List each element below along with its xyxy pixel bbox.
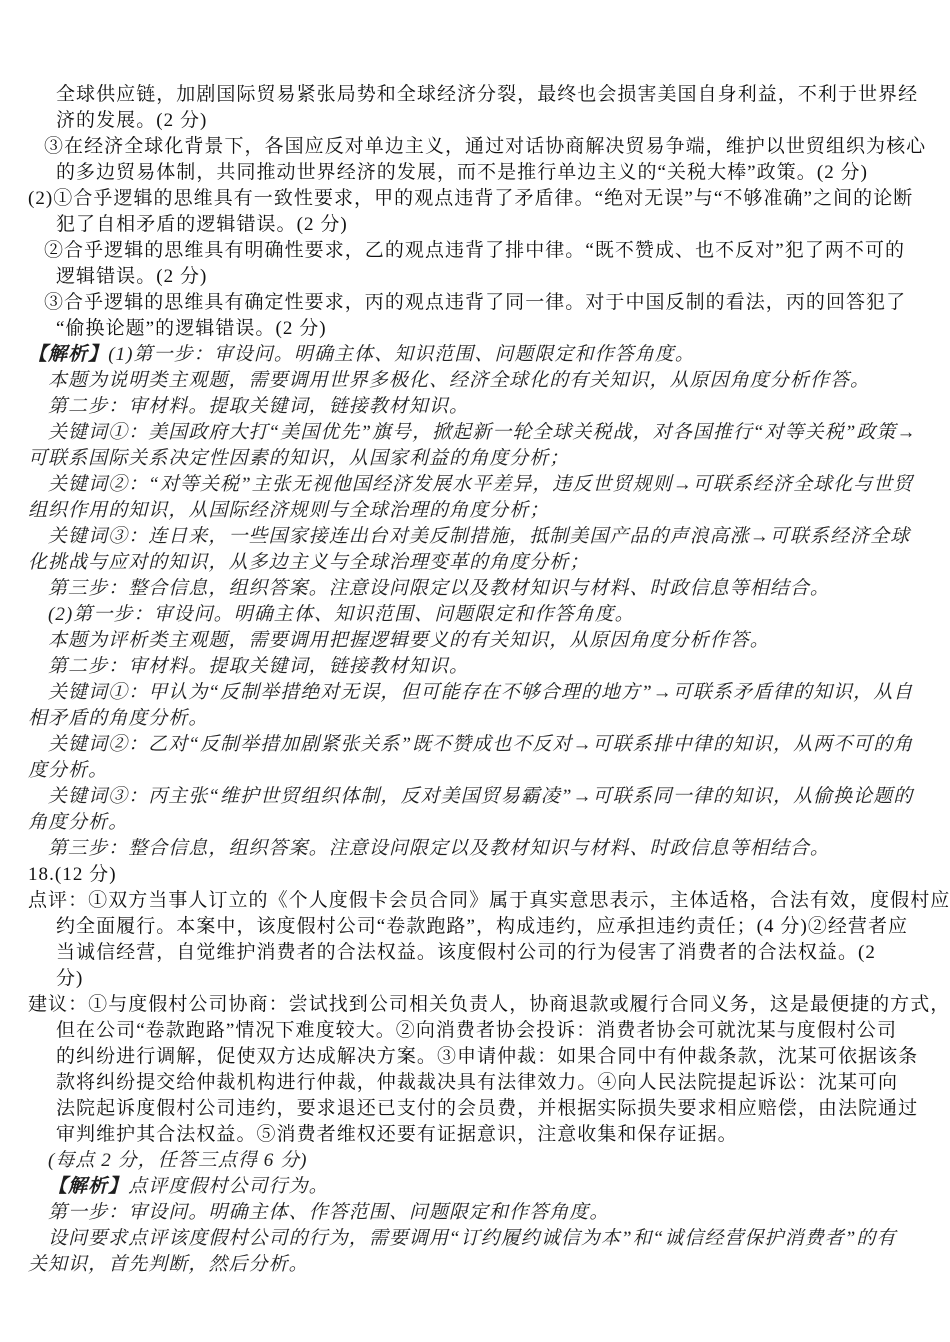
text-line: (2)①合乎逻辑的思维具有一致性要求，甲的观点违背了矛盾律。“绝对无误”与“不够… (28, 186, 950, 212)
text-line: 化挑战与应对的知识，从多边主义与全球治理变革的角度分析； (28, 550, 950, 576)
text-line: 当诚信经营，自觉维护消费者的合法权益。该度假村公司的行为侵害了消费者的合法权益。… (56, 940, 950, 966)
text-line: ③在经济全球化背景下，各国应反对单边主义，通过对话协商解决贸易争端，维护以世贸组… (44, 134, 950, 160)
text-line: (2)第一步：审设问。明确主体、知识范围、问题限定和作答角度。 (48, 602, 950, 628)
text-line: 全球供应链，加剧国际贸易紧张局势和全球经济分裂，最终也会损害美国自身利益，不利于… (56, 82, 950, 108)
text-line: 设问要求点评该度假村公司的行为，需要调用“订约履约诚信为本”和“诚信经营保护消费… (48, 1226, 950, 1252)
text-line: 【解析】(1)第一步：审设问。明确主体、知识范围、问题限定和作答角度。 (28, 342, 950, 368)
text-line: 款将纠纷提交给仲裁机构进行仲裁，仲裁裁决具有法律效力。④向人民法院提起诉讼：沈某… (56, 1070, 950, 1096)
text-line: 犯了自相矛盾的逻辑错误。(2 分) (56, 212, 950, 238)
text-line: (每点 2 分，任答三点得 6 分) (48, 1148, 950, 1174)
text-line: 【解析】点评度假村公司行为。 (48, 1174, 950, 1200)
text-line: 本题为评析类主观题，需要调用把握逻辑要义的有关知识，从原因角度分析作答。 (48, 628, 950, 654)
text-line: 济的发展。(2 分) (56, 108, 950, 134)
text-line: 逻辑错误。(2 分) (56, 264, 950, 290)
text-line: 审判维护其合法权益。⑤消费者维权还要有证据意识，注意收集和保存证据。 (56, 1122, 950, 1148)
text-line: 本题为说明类主观题，需要调用世界多极化、经济全球化的有关知识，从原因角度分析作答… (48, 368, 950, 394)
text-line: 建议：①与度假村公司协商：尝试找到公司相关负责人，协商退款或履行合同义务，这是最… (28, 992, 950, 1018)
text-line: 法院起诉度假村公司违约，要求退还已支付的会员费，并根据实际损失要求相应赔偿，由法… (56, 1096, 950, 1122)
text-line: 关键词②：“对等关税”主张无视他国经济发展水平差异，违反世贸规则→可联系经济全球… (48, 472, 950, 498)
text-line: 关键词②：乙对“反制举措加剧紧张关系”既不赞成也不反对→可联系排中律的知识，从两… (48, 732, 950, 758)
text-line: 第三步：整合信息，组织答案。注意设问限定以及教材知识与材料、时政信息等相结合。 (48, 576, 950, 602)
text-line: 第三步：整合信息，组织答案。注意设问限定以及教材知识与材料、时政信息等相结合。 (48, 836, 950, 862)
text-line: 度分析。 (28, 758, 950, 784)
text-line: 组织作用的知识，从国际经济规则与全球治理的角度分析； (28, 498, 950, 524)
text-line: 分) (56, 966, 950, 992)
analysis-label: 【解析】 (28, 344, 108, 365)
analysis-label: 【解析】 (48, 1176, 128, 1197)
text-line: 第二步：审材料。提取关键词，链接教材知识。 (48, 394, 950, 420)
text-line: ②合乎逻辑的思维具有明确性要求，乙的观点违背了排中律。“既不赞成、也不反对”犯了… (44, 238, 950, 264)
text-line: 关键词①：甲认为“反制举措绝对无误，但可能存在不够合理的地方”→可联系矛盾律的知… (48, 680, 950, 706)
text-line: 第一步：审设问。明确主体、作答范围、问题限定和作答角度。 (48, 1200, 950, 1226)
text-line: 关键词①：美国政府大打“美国优先”旗号，掀起新一轮全球关税战，对各国推行“对等关… (48, 420, 950, 446)
text-line: 但在公司“卷款跑路”情况下难度较大。②向消费者协会投诉：消费者协会可就沈某与度假… (56, 1018, 950, 1044)
text-line: 角度分析。 (28, 810, 950, 836)
text-line: “偷换论题”的逻辑错误。(2 分) (56, 316, 950, 342)
text-line: 可联系国际关系决定性因素的知识，从国家利益的角度分析； (28, 446, 950, 472)
text-line: 的多边贸易体制，共同推动世界经济的发展，而不是推行单边主义的“关税大棒”政策。(… (56, 160, 950, 186)
scanned-answer-page: 全球供应链，加剧国际贸易紧张局势和全球经济分裂，最终也会损害美国自身利益，不利于… (0, 0, 950, 1342)
document-body: 全球供应链，加剧国际贸易紧张局势和全球经济分裂，最终也会损害美国自身利益，不利于… (0, 82, 950, 1278)
text-line: 第二步：审材料。提取关键词，链接教材知识。 (48, 654, 950, 680)
text-line: 相矛盾的角度分析。 (28, 706, 950, 732)
text-line: 关知识，首先判断，然后分析。 (28, 1252, 950, 1278)
text-line: 点评：①双方当事人订立的《个人度假卡会员合同》属于真实意思表示，主体适格，合法有… (28, 888, 950, 914)
text-line: 约全面履行。本案中，该度假村公司“卷款跑路”，构成违约，应承担违约责任；(4 分… (56, 914, 950, 940)
text-line: ③合乎逻辑的思维具有确定性要求，丙的观点违背了同一律。对于中国反制的看法，丙的回… (44, 290, 950, 316)
text-line: 18.(12 分) (28, 862, 950, 888)
text-line: 关键词③：连日来，一些国家接连出台对美反制措施，抵制美国产品的声浪高涨→可联系经… (48, 524, 950, 550)
text-line: 关键词③：丙主张“维护世贸组织体制，反对美国贸易霸凌”→可联系同一律的知识，从偷… (48, 784, 950, 810)
text-line: 的纠纷进行调解，促使双方达成解决方案。③申请仲裁：如果合同中有仲裁条款，沈某可依… (56, 1044, 950, 1070)
